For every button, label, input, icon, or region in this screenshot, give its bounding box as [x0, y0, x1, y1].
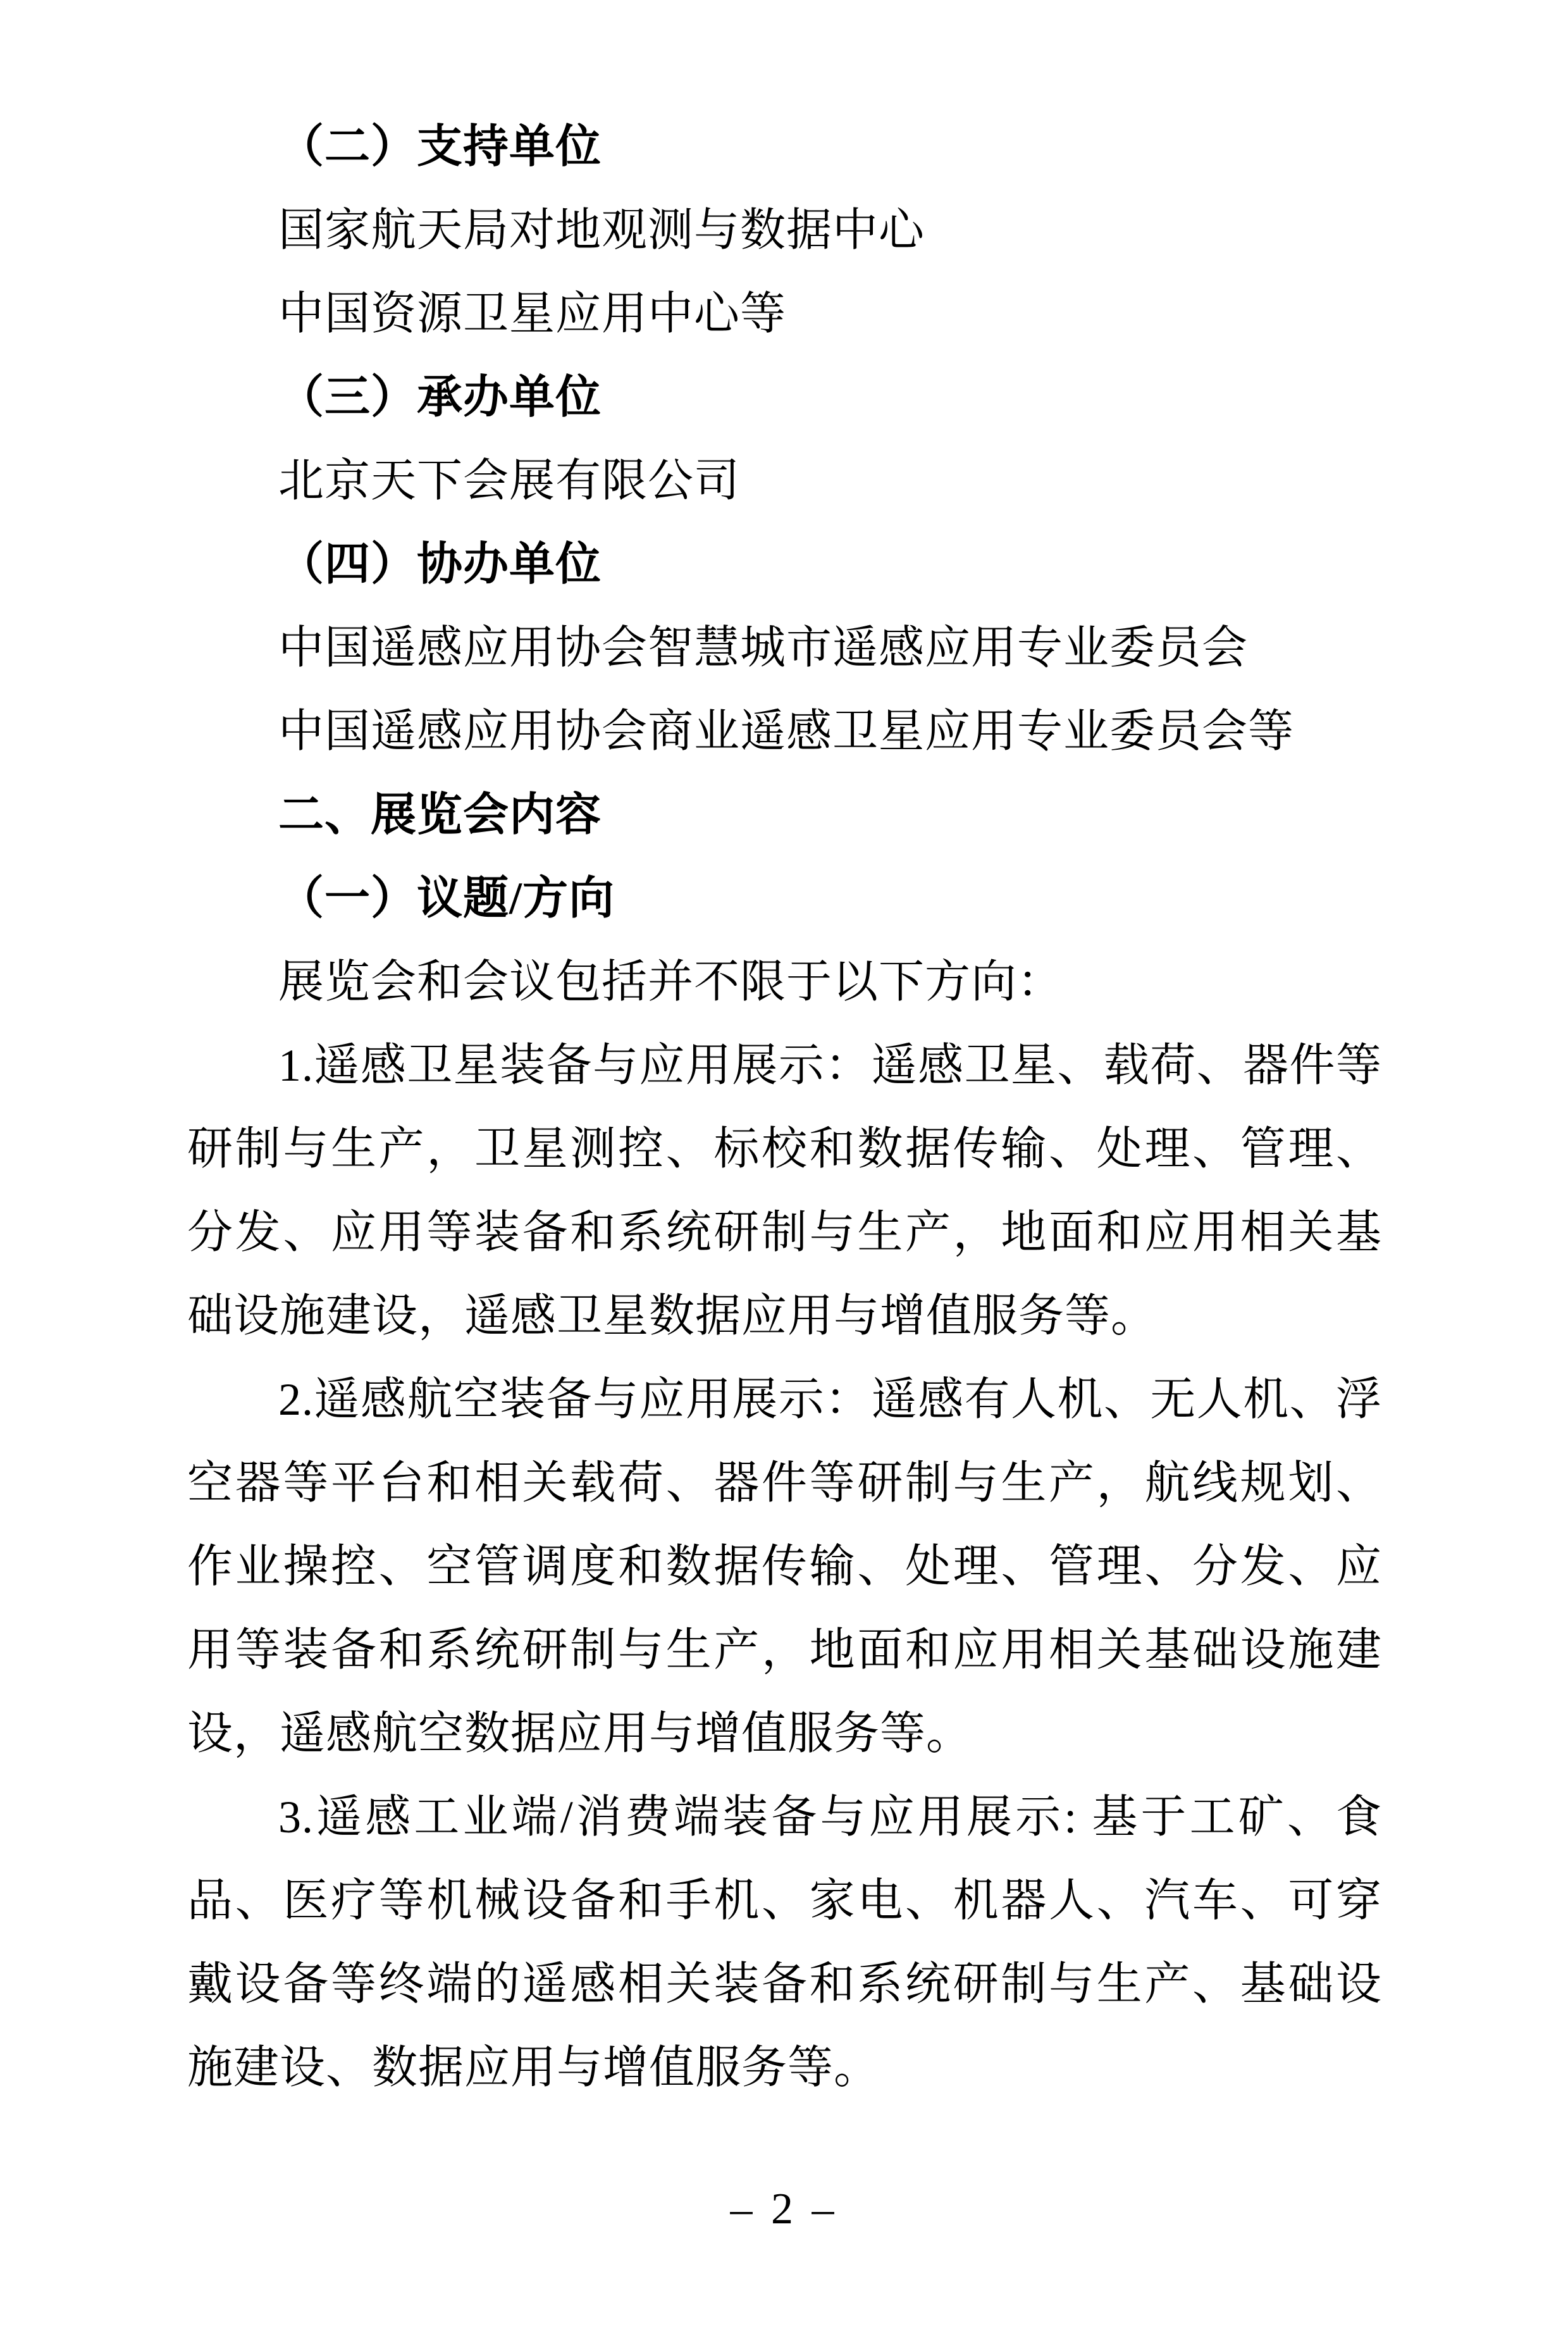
- heading-topics-directions: （一）议题/方向: [187, 857, 1382, 940]
- heading-co-organizer-units: （四）协办单位: [187, 523, 1382, 606]
- paragraph-co-organizer-org-2: 中国遥感应用协会商业遥感卫星应用专业委员会等: [187, 690, 1382, 773]
- document-page-2: { "page": { "background_color": "#ffffff…: [0, 0, 1568, 2329]
- paragraph-supporting-org-1: 国家航天局对地观测与数据中心: [187, 189, 1382, 272]
- page: （二）支持单位 国家航天局对地观测与数据中心 中国资源卫星应用中心等 （三）承办…: [0, 0, 1568, 2329]
- heading-organizer-units: （三）承办单位: [187, 356, 1382, 439]
- paragraph-topic-3-industrial-consumer: 3.遥感工业端/消费端装备与应用展示: 基于工矿、食品、医疗等机械设备和手机、家…: [187, 1775, 1382, 2109]
- paragraph-topics-intro: 展览会和会议包括并不限于以下方向：: [187, 940, 1382, 1024]
- heading-exhibition-content: 二、展览会内容: [187, 773, 1382, 857]
- document-body: （二）支持单位 国家航天局对地观测与数据中心 中国资源卫星应用中心等 （三）承办…: [187, 105, 1382, 2109]
- paragraph-organizer-org: 北京天下会展有限公司: [187, 439, 1382, 523]
- paragraph-co-organizer-org-1: 中国遥感应用协会智慧城市遥感应用专业委员会: [187, 606, 1382, 690]
- paragraph-supporting-org-2: 中国资源卫星应用中心等: [187, 272, 1382, 356]
- page-number: – 2 –: [0, 2168, 1568, 2251]
- paragraph-topic-1-satellite: 1.遥感卫星装备与应用展示：遥感卫星、载荷、器件等研制与生产，卫星测控、标校和数…: [187, 1024, 1382, 1358]
- heading-support-units: （二）支持单位: [187, 105, 1382, 189]
- paragraph-topic-2-aviation: 2.遥感航空装备与应用展示：遥感有人机、无人机、浮空器等平台和相关载荷、器件等研…: [187, 1358, 1382, 1775]
